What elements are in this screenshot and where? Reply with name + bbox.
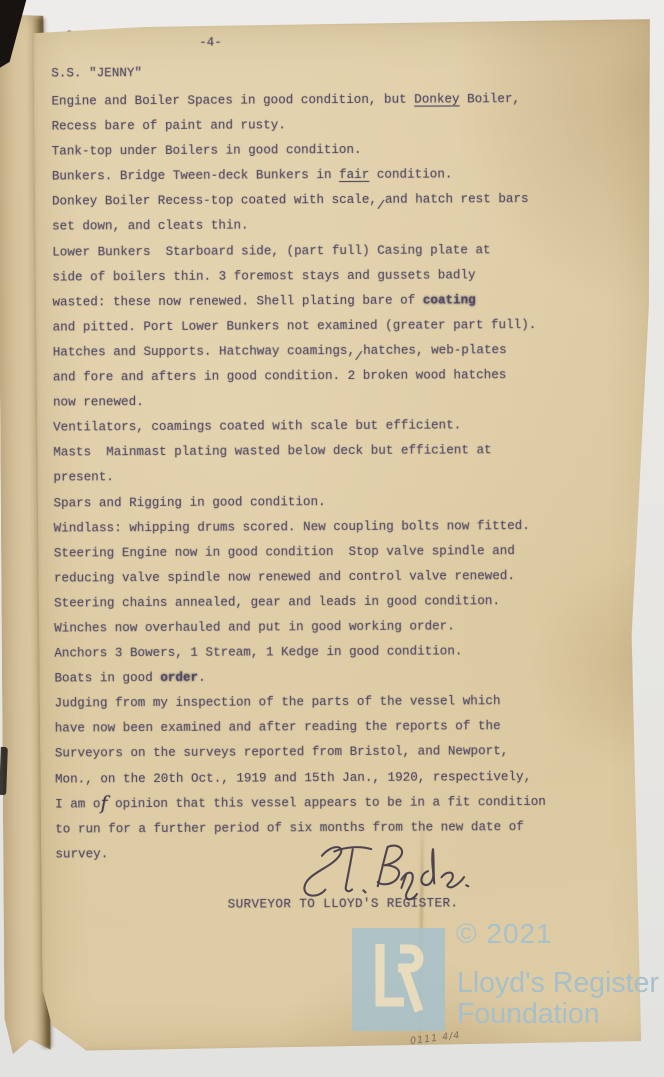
report-line: Hatches and Supports. Hatchway coamings,… xyxy=(53,337,631,365)
report-line: Judging from my inspection of the parts … xyxy=(55,689,633,717)
report-line: Anchors 3 Bowers, 1 Stream, 1 Kedge in g… xyxy=(54,639,632,667)
report-line: Steering chains annealed, gear and leads… xyxy=(54,588,632,616)
report-line: reducing valve spindle now renewed and c… xyxy=(54,563,632,591)
report-line: Engine and Boiler Spaces in good conditi… xyxy=(51,87,629,115)
report-line: Masts Mainmast plating wasted below deck… xyxy=(53,438,631,466)
typewritten-text: -4- S.S. "JENNY" Engine and Boiler Space… xyxy=(51,29,634,920)
report-line: Donkey Boiler Recess-top coated with sca… xyxy=(52,187,630,215)
report-line: Mon., on the 20th Oct., 1919 and 15th Ja… xyxy=(55,764,633,792)
report-line: wasted: these now renewed. Shell plating… xyxy=(52,287,630,315)
page-number: -4- xyxy=(51,29,629,62)
report-line: Boats in good order. xyxy=(54,664,632,692)
report-line: Bunkers. Bridge Tween-deck Bunkers in fa… xyxy=(52,162,630,190)
document-page: -4- S.S. "JENNY" Engine and Boiler Space… xyxy=(33,19,661,1051)
scanned-document: -4- S.S. "JENNY" Engine and Boiler Space… xyxy=(0,0,664,1077)
report-line: Steering Engine now in good condition St… xyxy=(54,538,632,566)
report-line: have now been examined and after reading… xyxy=(55,714,633,742)
vessel-name: S.S. "JENNY" xyxy=(51,59,629,90)
report-line: Lower Bunkers Starboard side, (part full… xyxy=(52,237,630,265)
watermark-organization: Lloyd's Register Foundation xyxy=(457,968,659,1030)
report-line: Recess bare of paint and rusty. xyxy=(52,112,630,140)
report-line: and fore and afters in good condition. 2… xyxy=(53,363,631,391)
report-body: Engine and Boiler Spaces in good conditi… xyxy=(51,87,633,868)
report-line: and pitted. Port Lower Bunkers not exami… xyxy=(53,312,631,340)
report-line: Windlass: whipping drums scored. New cou… xyxy=(54,513,632,541)
report-line: side of boilers thin. 3 foremost stays a… xyxy=(52,262,630,290)
report-line: Tank-top under Boilers in good condition… xyxy=(52,137,630,165)
report-line: Ventilators, coamings coated with scale … xyxy=(53,413,631,441)
report-line: Spars and Rigging in good condition. xyxy=(53,488,631,516)
watermark-copyright: © 2021 xyxy=(456,918,553,950)
surveyor-signature: S. T. Bryden xyxy=(291,837,472,909)
watermark-org-line2: Foundation xyxy=(457,999,659,1030)
report-line: set down, and cleats thin. xyxy=(52,212,630,240)
lloyds-register-logo-icon xyxy=(352,928,445,1031)
report-line: Surveyors on the surveys reported from B… xyxy=(55,739,633,767)
watermark-org-line1: Lloyd's Register xyxy=(457,968,659,999)
report-line: I am of opinion that this vessel appears… xyxy=(55,789,633,817)
report-line: now renewed. xyxy=(53,388,631,416)
report-line: present. xyxy=(53,463,631,491)
report-line: Winches now overhauled and put in good w… xyxy=(54,613,632,641)
